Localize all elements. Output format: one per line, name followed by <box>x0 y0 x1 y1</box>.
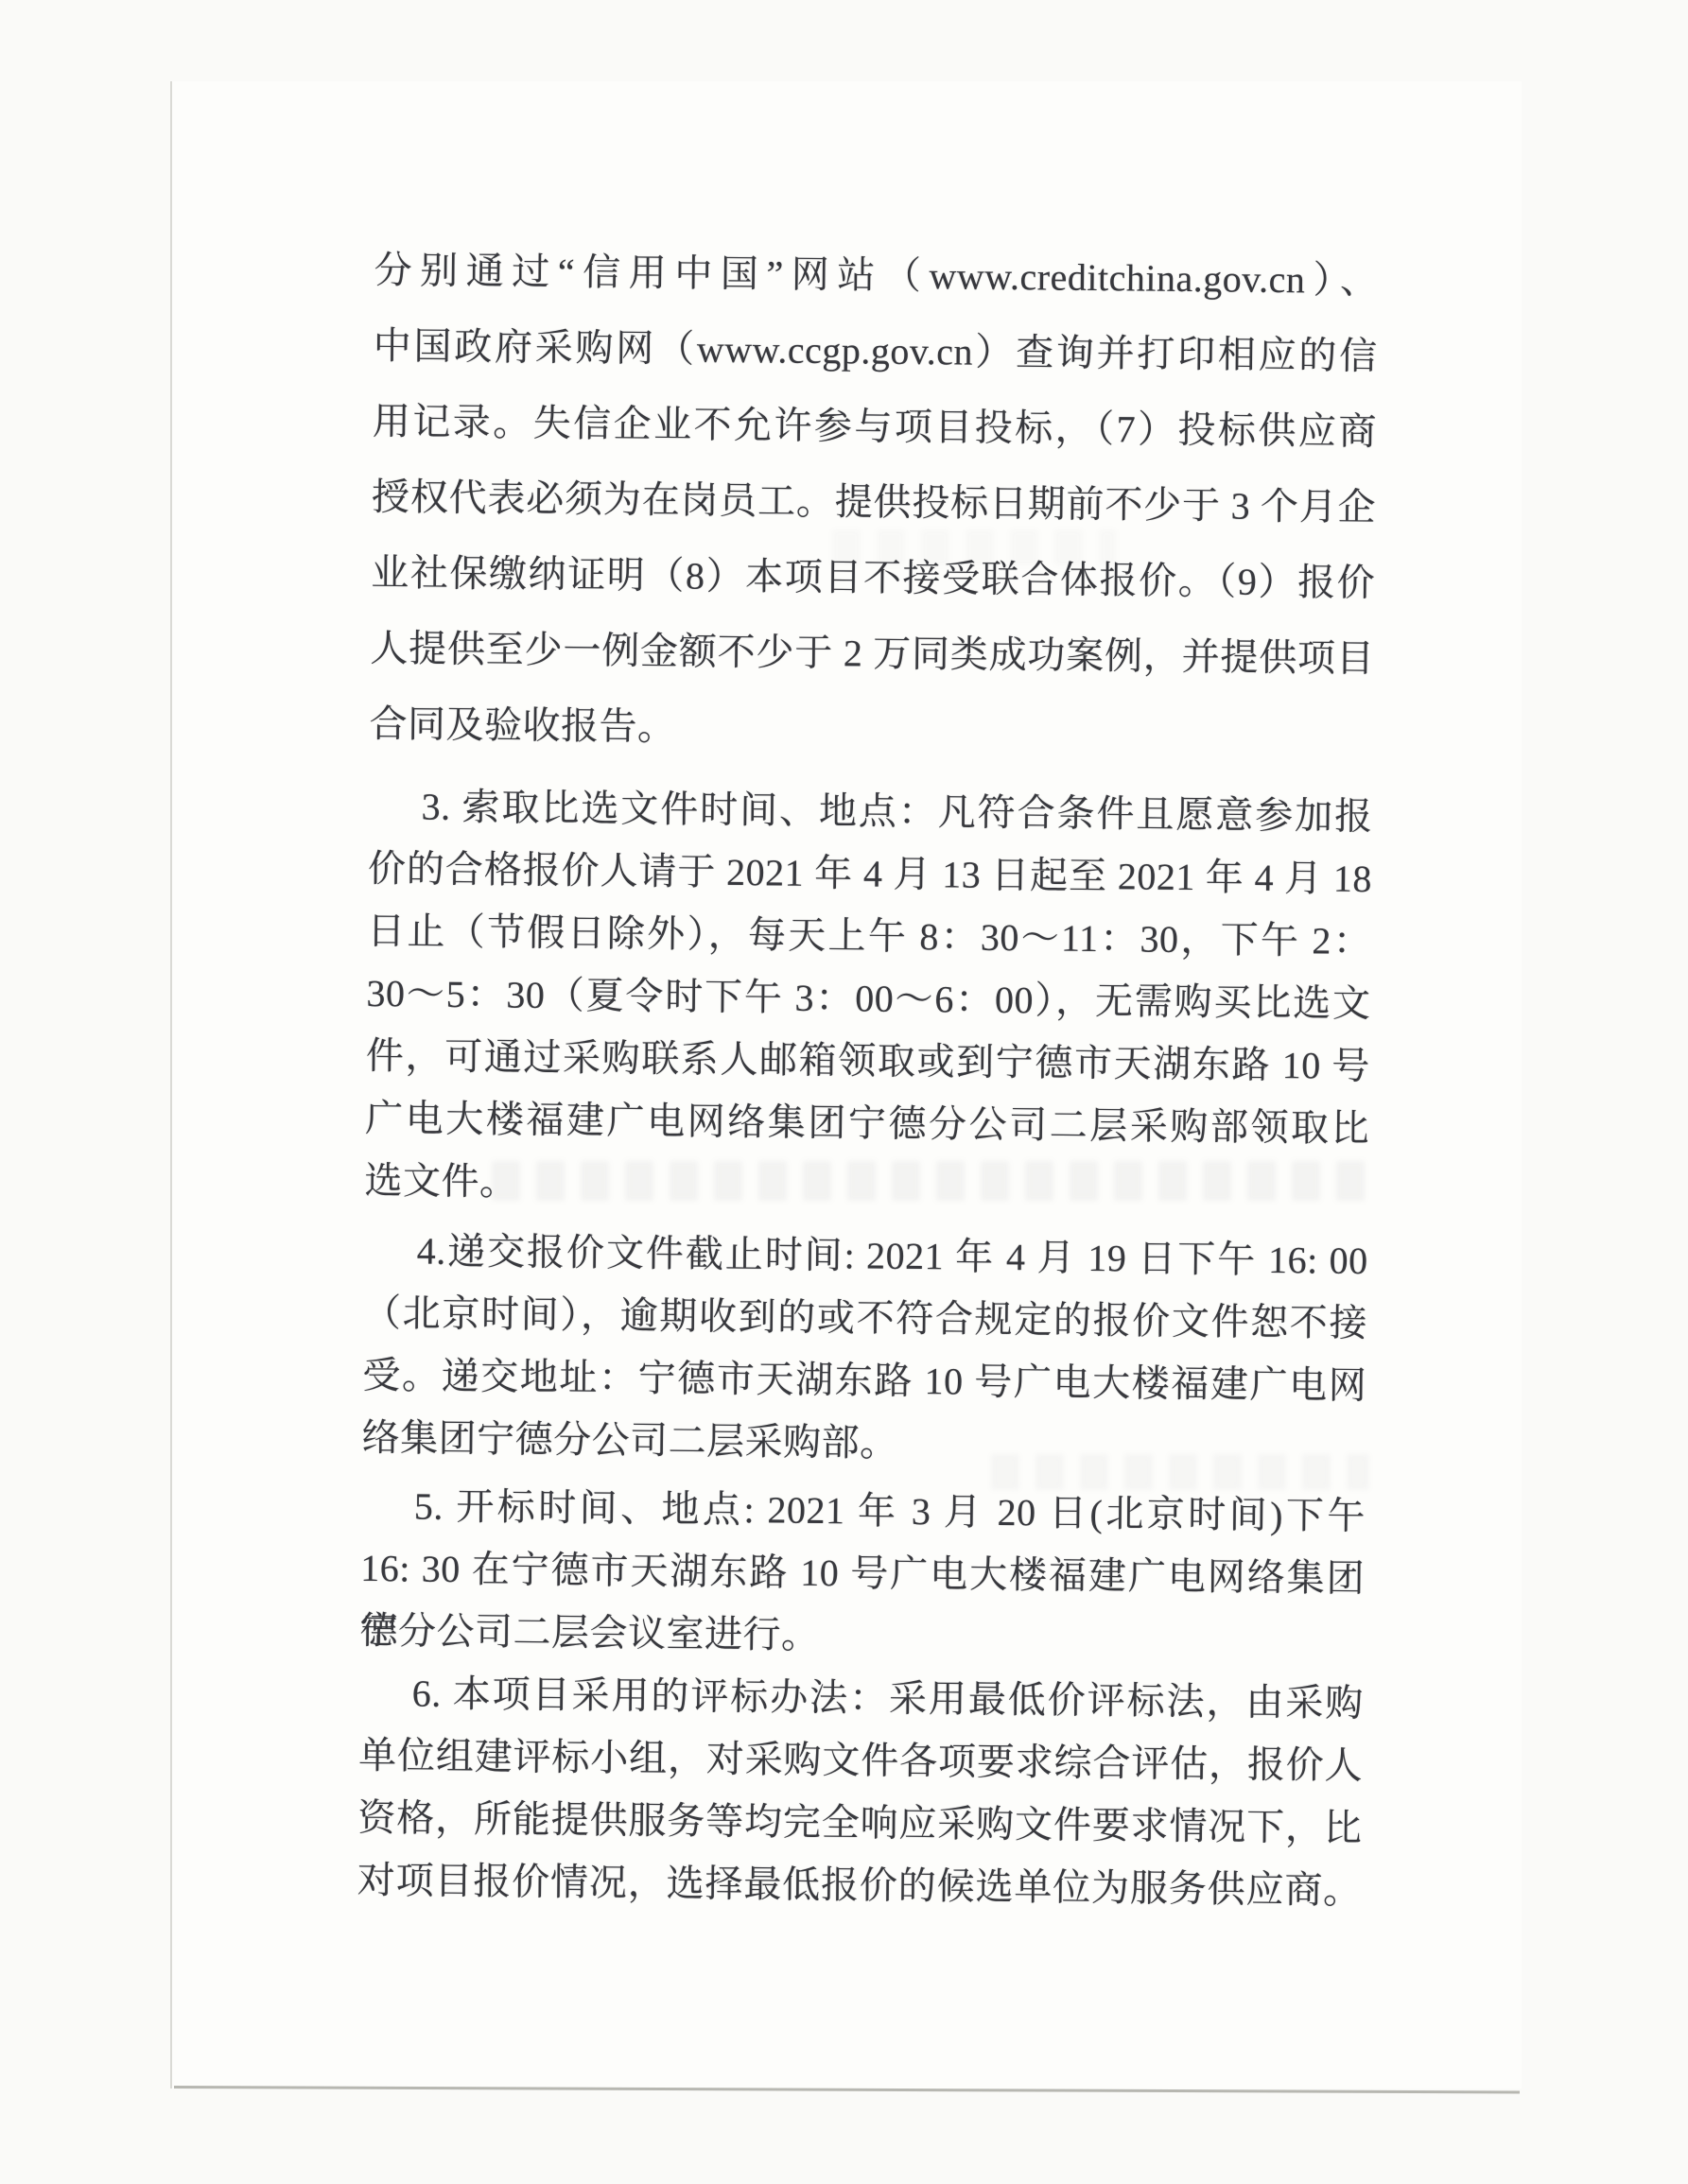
paragraph-evaluation-method: 6. 本项目采用的评标办法：采用最低价评标法，由采购 单位组建评标小组，对采购文… <box>357 1662 1364 1922</box>
text-line: 日止（节假日除外），每天上午 8：30～11：30，下午 2： <box>367 900 1372 973</box>
text-line: 5. 开标时间、地点: 2021 年 3 月 20 日(北京时间)下午 <box>361 1475 1366 1548</box>
text-line: 授权代表必须为在岗员工。提供投标日期前不少于 3 个月企 <box>372 459 1377 546</box>
paragraph-document-collection: 3. 索取比选文件时间、地点：凡符合条件且愿意参加报 价的合格报价人请于 202… <box>364 775 1373 1222</box>
text-line: 中国政府采购网（www.ccgp.gov.cn）查询并打印相应的信 <box>373 308 1378 394</box>
text-line: 价的合格报价人请于 2021 年 4 月 13 日起至 2021 年 4 月 1… <box>368 838 1373 910</box>
text-line: 选文件。 <box>364 1150 1369 1222</box>
text-line: 业社保缴纳证明（8）本项目不接受联合体报价。（9）报价 <box>371 535 1376 621</box>
text-line: 件，可通过采购联系人邮箱领取或到宁德市天湖东路 10 号 <box>366 1025 1371 1098</box>
document-body: 分别通过“信用中国”网站（www.creditchina.gov.cn）、 中国… <box>357 233 1379 1922</box>
paragraph-submission-deadline: 4.递交报价文件截止时间: 2021 年 4 月 19 日下午 16: 00 （… <box>361 1220 1368 1480</box>
text-line: 对项目报价情况，选择最低报价的候选单位为服务供应商。 <box>357 1849 1362 1922</box>
text-line: 30～5：30（夏令时下午 3：00～6：00），无需购买比选文 <box>366 962 1371 1035</box>
text-line: 德分公司二层会议室进行。 <box>359 1600 1365 1673</box>
text-line: 4.递交报价文件截止时间: 2021 年 4 月 19 日下午 16: 00 <box>363 1220 1368 1292</box>
text-line: 分别通过“信用中国”网站（www.creditchina.gov.cn）、 <box>374 233 1379 319</box>
text-line: （北京时间），逾期收到的或不符合规定的报价文件恕不接 <box>363 1282 1368 1355</box>
text-line: 6. 本项目采用的评标办法：采用最低价评标法，由采购 <box>358 1662 1364 1735</box>
text-line: 资格，所能提供服务等均完全响应采购文件要求情况下，比 <box>357 1787 1363 1860</box>
text-line: 单位组建评标小组，对采购文件各项要求综合评估，报价人 <box>358 1725 1364 1797</box>
paragraph-bid-opening: 5. 开标时间、地点: 2021 年 3 月 20 日(北京时间)下午 16: … <box>359 1475 1366 1673</box>
text-line: 受。递交地址：宁德市天湖东路 10 号广电大楼福建广电网 <box>362 1344 1367 1417</box>
text-line: 广电大楼福建广电网络集团宁德分公司二层采购部领取比 <box>365 1087 1370 1160</box>
paragraph-credit-check: 分别通过“信用中国”网站（www.creditchina.gov.cn）、 中国… <box>369 233 1379 772</box>
text-line: 用记录。失信企业不允许参与项目投标，（7）投标供应商 <box>372 384 1377 470</box>
text-line: 3. 索取比选文件时间、地点：凡符合条件且愿意参加报 <box>368 775 1373 848</box>
text-line: 16: 30 在宁德市天湖东路 10 号广电大楼福建广电网络集团宁 <box>360 1537 1366 1610</box>
scanned-document: 分别通过“信用中国”网站（www.creditchina.gov.cn）、 中国… <box>0 0 1688 2184</box>
text-line: 人提供至少一例金额不少于 2 万同类成功案例，并提供项目 <box>370 611 1375 697</box>
text-line: 合同及验收报告。 <box>369 686 1374 772</box>
text-line: 络集团宁德分公司二层采购部。 <box>361 1407 1366 1480</box>
